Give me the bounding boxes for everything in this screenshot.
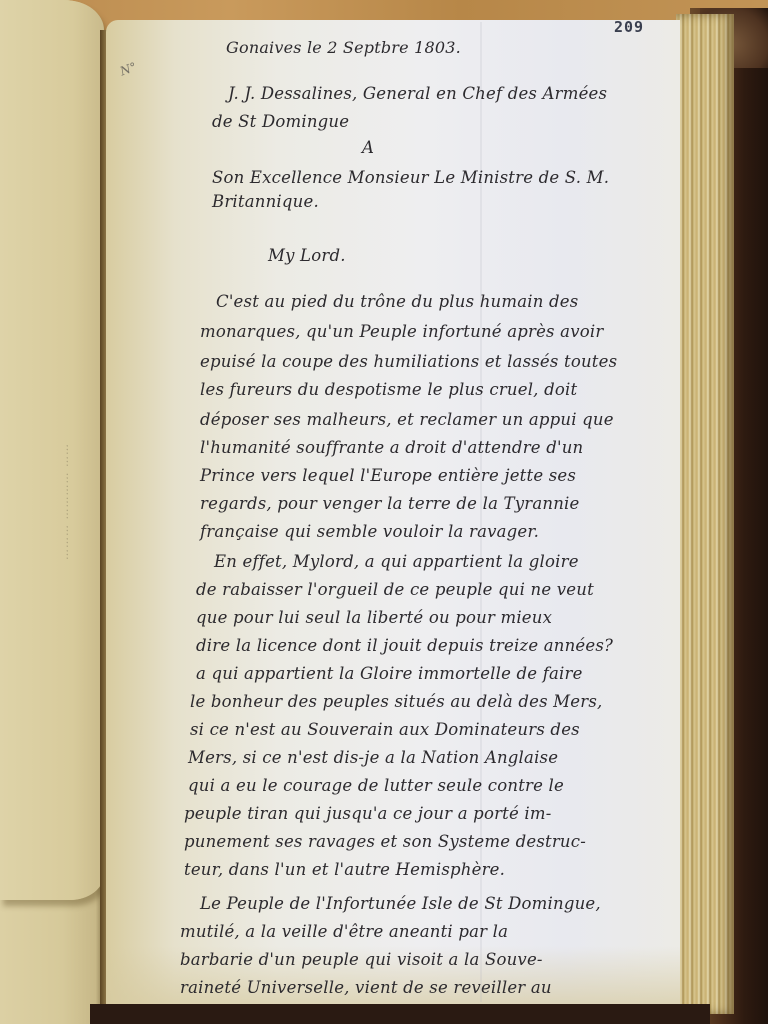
body-line: epuisé la coupe des humiliations et lass… — [200, 352, 617, 371]
place-date: Gonaives le 2 Septbre 1803. — [226, 38, 461, 57]
to-word: A — [362, 138, 374, 157]
body-line: qui a eu le courage de lutter seule cont… — [188, 776, 564, 795]
body-line: regards, pour venger la terre de la Tyra… — [200, 494, 580, 513]
body-line: C'est au pied du trône du plus humain de… — [216, 292, 578, 311]
body-line: si ce n'est au Souverain aux Dominateurs… — [190, 720, 580, 739]
body-line: a qui appartient la Gloire immortelle de… — [196, 664, 583, 683]
recipient-line-1: Son Excellence Monsieur Le Ministre de S… — [212, 168, 609, 187]
body-line: raineté Universelle, vient de se reveill… — [180, 978, 552, 997]
body-line: monarques, qu'un Peuple infortuné après … — [200, 322, 603, 341]
body-line: teur, dans l'un et l'autre Hemisphère. — [184, 860, 505, 879]
body-line: mutilé, a la veille d'être aneanti par l… — [180, 922, 508, 941]
recipient-line-2: Britannique. — [212, 192, 319, 211]
body-line: l'humanité souffrante a droit d'attendre… — [200, 438, 583, 457]
body-line: française qui semble vouloir la ravager. — [200, 522, 539, 541]
body-line: que pour lui seul la liberté ou pour mie… — [196, 608, 552, 627]
body-line: de rabaisser l'orgueil de ce peuple qui … — [196, 580, 594, 599]
body-line: punement ses ravages et son Systeme dest… — [184, 832, 586, 851]
salutation: My Lord. — [268, 246, 346, 265]
page-edges-stack — [676, 14, 734, 1014]
sender-line-1: J. J. Dessalines, General en Chef des Ar… — [228, 84, 607, 103]
folio-number: 209 — [614, 18, 644, 36]
body-line: dire la licence dont il jouit depuis tre… — [196, 636, 613, 655]
body-line: Le Peuple de l'Infortunée Isle de St Dom… — [200, 894, 601, 913]
body-line: Prince vers lequel l'Europe entière jett… — [200, 466, 576, 485]
body-line: peuple tiran qui jusqu'a ce jour a porté… — [184, 804, 552, 823]
body-line: les fureurs du despotisme le plus cruel,… — [200, 380, 577, 399]
bottom-shadow — [90, 1004, 710, 1024]
body-line: barbarie d'un peuple qui visoit a la Sou… — [180, 950, 543, 969]
sender-line-2: de St Domingue — [212, 112, 349, 131]
body-line: Mers, si ce n'est dis-je a la Nation Ang… — [188, 748, 558, 767]
body-line: le bonheur des peuples situés au delà de… — [190, 692, 602, 711]
body-line: En effet, Mylord, a qui appartient la gl… — [214, 552, 579, 571]
body-line: déposer ses malheurs, et reclamer un app… — [200, 410, 614, 429]
